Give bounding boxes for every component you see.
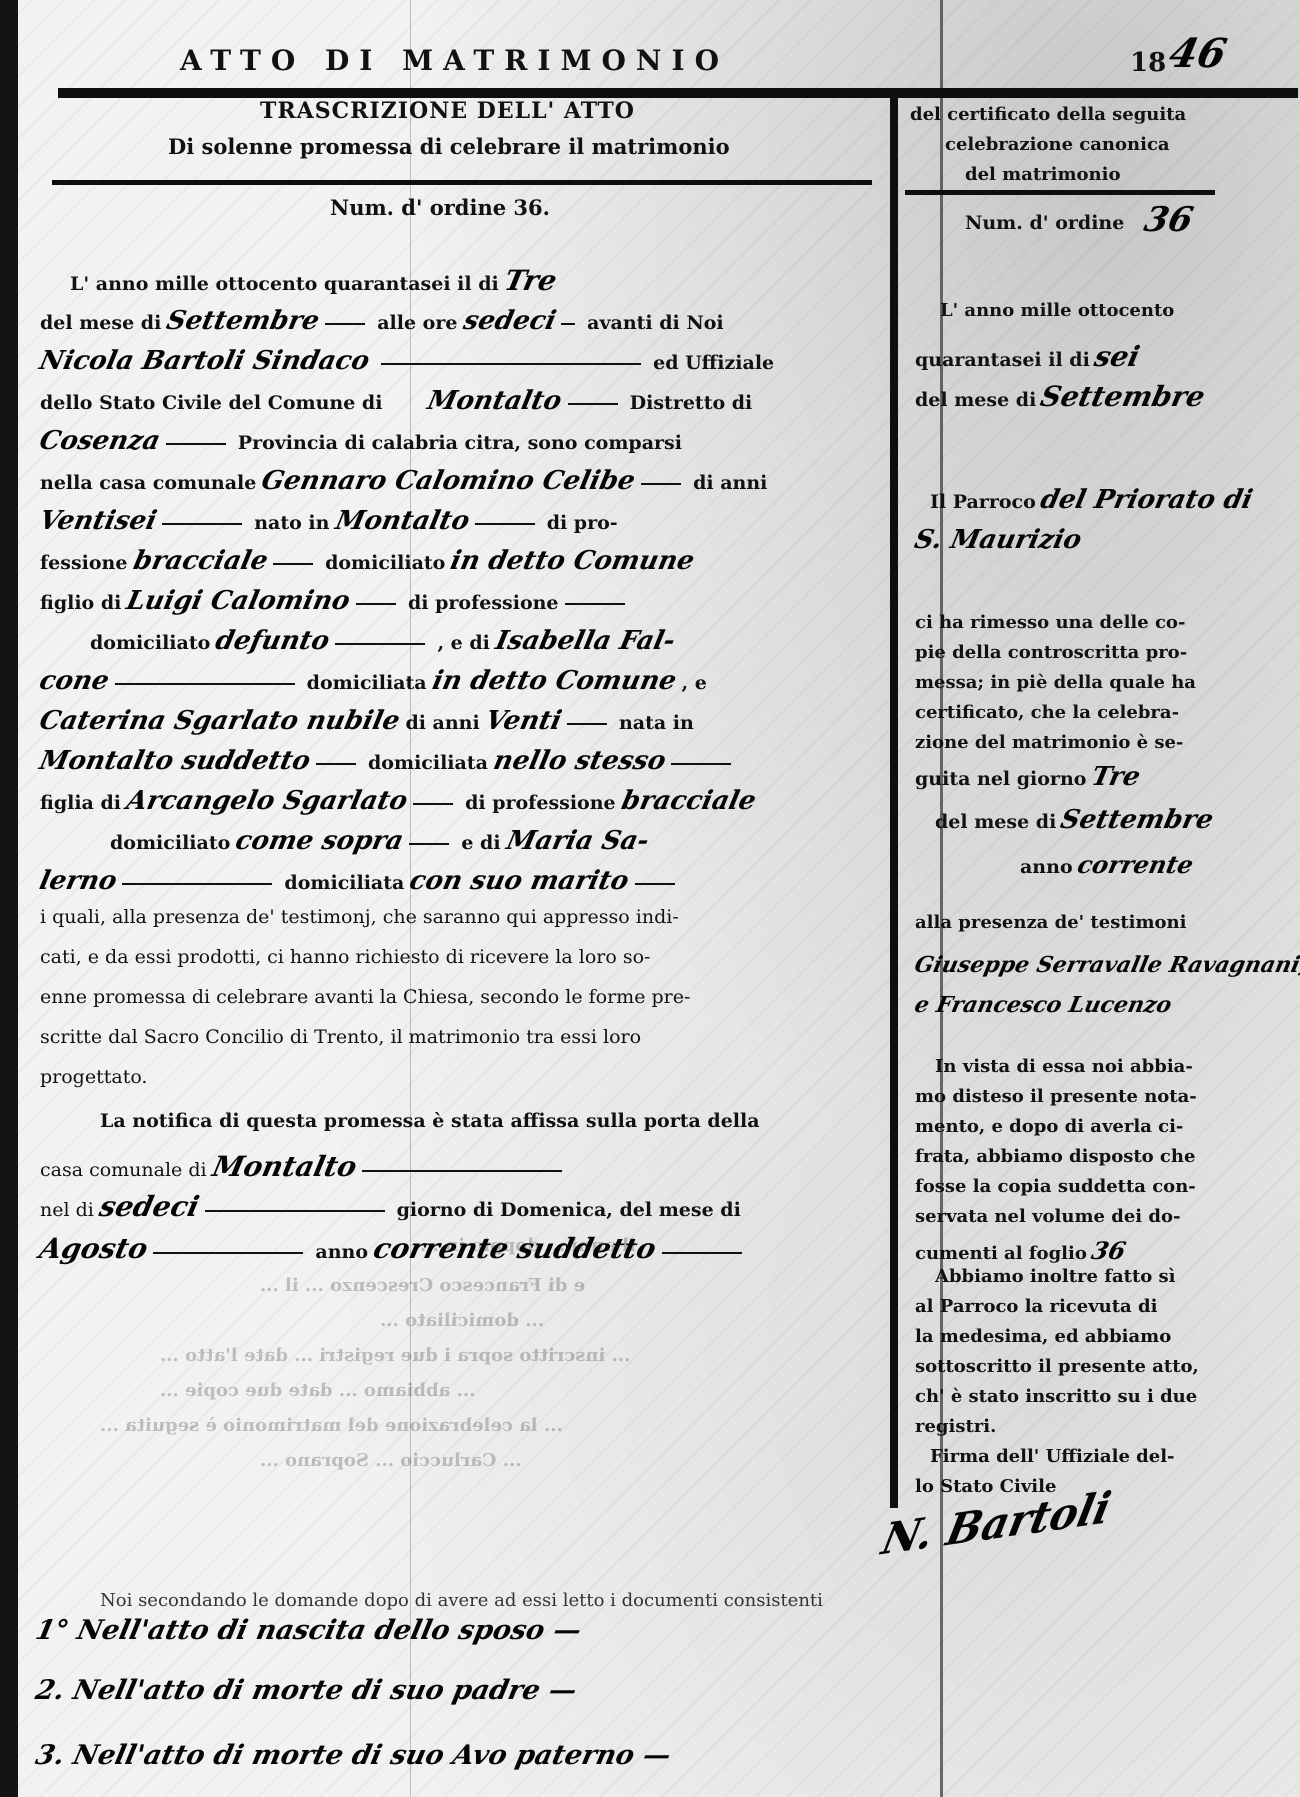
right-para-line: mento, e dopo di averla ci-	[915, 1116, 1183, 1137]
right-para-line: mo disteso il presente nota-	[915, 1086, 1197, 1107]
right-para-line: In vista di essa noi abbia-	[935, 1056, 1193, 1077]
printed-text: domiciliato	[90, 632, 210, 654]
handwritten-groom: Gennaro Calomino Celibe	[259, 466, 638, 496]
document-list-item-1: 1° Nell'atto di nascita dello sposo —	[33, 1615, 584, 1646]
printed-text: anno	[315, 1241, 368, 1263]
right-para-line: sottoscritto il presente atto,	[915, 1356, 1199, 1377]
handwritten-comune: Montalto	[425, 386, 565, 416]
scan-border	[0, 0, 18, 1797]
handwritten-bride-birthplace: Montalto suddetto	[37, 746, 313, 776]
left-ordine-label: Num. d' ordine	[330, 195, 506, 220]
bleed-through-text: ... domiciliato ...	[380, 1310, 544, 1331]
printed-text: quarantasei il di	[915, 349, 1090, 371]
handwritten-parish: del Priorato di	[1038, 485, 1256, 515]
handwritten-day: sei	[1091, 340, 1142, 373]
handwritten-day: Tre	[501, 264, 559, 297]
right-head-3: del matrimonio	[965, 164, 1120, 185]
handwritten-bride-father: Arcangelo Sgarlato	[124, 786, 410, 816]
printed-text: anno	[1020, 856, 1073, 878]
notice-line-2: casa comunale di Montalto	[40, 1150, 568, 1183]
handwritten-comune: Montalto	[209, 1150, 359, 1183]
handwritten-parish-name: S. Maurizio	[912, 525, 1084, 555]
printed-text: Provincia di calabria citra, sono compar…	[238, 432, 682, 454]
left-line-1: L' anno mille ottocento quarantasei il d…	[70, 264, 556, 297]
printed-text: alle ore	[377, 312, 457, 334]
printed-text: del mese di	[40, 312, 161, 334]
year-prefix: 18	[1130, 48, 1166, 78]
right-para-line: Abbiamo inoltre fatto sì	[935, 1266, 1176, 1287]
right-para-line: servata nel volume dei do-	[915, 1206, 1180, 1227]
printed-text: domiciliata	[307, 672, 427, 694]
left-line-16: lerno domiciliata con suo marito	[40, 866, 681, 896]
printed-text: , e	[682, 672, 707, 694]
bleed-through-text: e di Francesco Crescenzo ... il ...	[260, 1275, 585, 1296]
left-line-9: figlio di Luigi Calomino di professione	[40, 586, 631, 616]
left-line-8: fessione bracciale domiciliato in detto …	[40, 546, 694, 576]
left-line-11: cone domiciliata in detto Comune , e	[40, 666, 707, 696]
printed-text: dello Stato Civile del Comune di	[40, 392, 382, 414]
printed-text: nella casa comunale	[40, 472, 256, 494]
left-line-15: domiciliato come sopra e di Maria Sa-	[110, 826, 648, 856]
handwritten-hour: sedeci	[460, 306, 558, 336]
right-line-4: Il Parroco del Priorato di	[930, 485, 1252, 515]
handwritten-deceased: defunto	[213, 626, 332, 656]
left-line-3: Nicola Bartoli Sindaco ed Uffiziale	[40, 346, 774, 376]
right-ordine-value: 36	[1141, 200, 1197, 240]
handwritten-surname-cont: lerno	[37, 866, 120, 896]
printed-text: di anni	[693, 472, 767, 494]
printed-text: di anni	[405, 712, 479, 734]
handwritten-surname-cont: cone	[37, 666, 112, 696]
handwritten-witness-2: e Francesco Lucenzo	[912, 992, 1174, 1018]
handwritten-groom-mother: Isabella Fal-	[493, 626, 678, 656]
right-line-3: del mese di Settembre	[915, 380, 1205, 413]
handwritten-witness-1: Giuseppe Serravalle Ravagnani,	[912, 952, 1300, 978]
printed-text: domiciliato	[110, 832, 230, 854]
year-handwritten: 46	[1165, 30, 1231, 77]
left-ordine: Num. d' ordine 36.	[330, 195, 550, 220]
bleed-through-text: ... inscritto sopra i due registri ... d…	[160, 1345, 630, 1366]
right-mese-line: del mese di Settembre	[935, 805, 1213, 835]
printed-text: giorno di Domenica, del mese di	[397, 1199, 741, 1221]
right-foglio-line: cumenti al foglio 36	[915, 1236, 1125, 1265]
handwritten-month: Settembre	[164, 306, 322, 336]
left-line-12: Caterina Sgarlato nubile di anni Venti n…	[40, 706, 694, 736]
right-para-line: al Parroco la ricevuta di	[915, 1296, 1157, 1317]
right-ordine-label: Num. d' ordine	[965, 212, 1124, 234]
printed-text: domiciliata	[284, 872, 404, 894]
right-head-rule	[905, 190, 1215, 195]
right-para-line: messa; in piè della quale ha	[915, 672, 1196, 693]
handwritten-day: sedeci	[96, 1190, 202, 1223]
document-list-item-2: 2. Nell'atto di morte di suo padre —	[33, 1675, 580, 1706]
handwritten-domicile: in detto Comune	[448, 546, 697, 576]
left-line-6: nella casa comunale Gennaro Calomino Cel…	[40, 466, 767, 496]
handwritten-birthplace: Montalto	[332, 506, 472, 536]
right-para-line: ch' è stato inscritto su i due	[915, 1386, 1197, 1407]
bleed-through-text: ... la celebrazione del matrimonio è seg…	[100, 1415, 563, 1436]
right-giorno-line: guita nel giorno Tre	[915, 762, 1139, 792]
document-page: ATTO DI MATRIMONIO 18 46 TRASCRIZIONE DE…	[0, 0, 1300, 1797]
handwritten-month: Settembre	[1038, 380, 1209, 413]
printed-text: ed Uffiziale	[653, 352, 774, 374]
handwritten-domicile: come sopra	[233, 826, 406, 856]
handwritten-district: Cosenza	[37, 426, 163, 456]
right-para-line: la medesima, ed abbiamo	[915, 1326, 1171, 1347]
document-list-item-3: 3. Nell'atto di morte di suo Avo paterno…	[33, 1740, 674, 1771]
right-para-line: frata, abbiamo disposto che	[915, 1146, 1195, 1167]
printed-text: e di	[461, 832, 500, 854]
left-line-7: Ventisei nato in Montalto di pro-	[40, 506, 618, 536]
handwritten-groom-father: Luigi Calomino	[124, 586, 353, 616]
paragraph-line: i quali, alla presenza de' testimonj, ch…	[40, 906, 679, 928]
handwritten-profession: bracciale	[618, 786, 758, 816]
handwritten-folio: 36	[1089, 1236, 1129, 1265]
right-head-1: del certificato della seguita	[910, 104, 1186, 125]
printed-text: casa comunale di	[40, 1159, 207, 1181]
notice-line-3: nel di sedeci giorno di Domenica, del me…	[40, 1190, 741, 1223]
handwritten-officer: Nicola Bartoli Sindaco	[37, 346, 372, 376]
handwritten-groom-age: Ventisei	[37, 506, 160, 536]
paragraph-line: scritte dal Sacro Concilio di Trento, il…	[40, 1026, 641, 1048]
handwritten-day: Tre	[1088, 762, 1142, 792]
right-para-line: registri.	[915, 1416, 996, 1437]
document-title: ATTO DI MATRIMONIO	[180, 44, 729, 77]
printed-text: Il Parroco	[930, 491, 1036, 513]
left-line-10: domiciliato defunto , e di Isabella Fal-	[90, 626, 675, 656]
handwritten-bride: Caterina Sgarlato nubile	[37, 706, 403, 736]
right-para-line: zione del matrimonio è se-	[915, 732, 1183, 753]
right-line-1: L' anno mille ottocento	[940, 300, 1174, 321]
right-anno-line: anno corrente	[1020, 850, 1193, 879]
left-line-14: figlia di Arcangelo Sgarlato di professi…	[40, 786, 755, 816]
column-divider	[890, 88, 898, 1508]
handwritten-bride-age: Venti	[483, 706, 565, 736]
handwritten-profession: bracciale	[130, 546, 270, 576]
right-para-line: certificato, che la celebra-	[915, 702, 1179, 723]
top-rule	[58, 88, 1298, 98]
printed-text: L' anno mille ottocento quarantasei il d…	[70, 273, 499, 295]
printed-text: domiciliato	[325, 552, 445, 574]
paragraph-line: progettato.	[40, 1066, 147, 1088]
printed-text: del mese di	[915, 389, 1036, 411]
printed-text: nel di	[40, 1199, 94, 1221]
printed-text: di professione	[465, 792, 616, 814]
bottom-intro: Noi secondando le domande dopo di avere …	[100, 1590, 823, 1611]
bleed-through-text: il anni ... doppio in ...	[420, 1235, 636, 1256]
printed-text: di pro-	[547, 512, 618, 534]
handwritten-month: Settembre	[1058, 805, 1216, 835]
subtitle-rule	[52, 180, 872, 185]
printed-text: nata in	[619, 712, 694, 734]
firma-label-1: Firma dell' Uffiziale del-	[930, 1446, 1175, 1467]
notice-line-1: La notifica di questa promessa è stata a…	[100, 1110, 760, 1132]
printed-text: guita nel giorno	[915, 768, 1086, 790]
printed-text: Distretto di	[630, 392, 753, 414]
bleed-through-text: ... Carluccio ... Soprano ...	[260, 1450, 521, 1471]
left-ordine-value: 36.	[513, 195, 550, 220]
paragraph-line: cati, e da essi prodotti, ci hanno richi…	[40, 946, 650, 968]
paragraph-line: enne promessa di celebrare avanti la Chi…	[40, 986, 690, 1008]
left-line-5: Cosenza Provincia di calabria citra, son…	[40, 426, 682, 456]
printed-text: figlio di	[40, 592, 121, 614]
printed-text: figlia di	[40, 792, 121, 814]
printed-text: del mese di	[935, 811, 1056, 833]
left-line-4: dello Stato Civile del Comune di Montalt…	[40, 386, 752, 416]
left-line-2: del mese di Settembre alle ore sedeci av…	[40, 306, 724, 336]
right-para-line: ci ha rimesso una delle co-	[915, 612, 1185, 633]
handwritten-domicile: con suo marito	[407, 866, 632, 896]
handwritten-bride-mother: Maria Sa-	[503, 826, 651, 856]
handwritten-domicile: in detto Comune	[429, 666, 678, 696]
bleed-through-text: ... abbiamo ... date due copie ...	[160, 1380, 475, 1401]
testimoni-label: alla presenza de' testimoni	[915, 912, 1186, 933]
right-line-2: quarantasei il di sei	[915, 340, 1139, 373]
printed-text: , e di	[437, 632, 489, 654]
right-para-line: pie della controscritta pro-	[915, 642, 1187, 663]
handwritten-year: corrente	[1075, 850, 1196, 879]
right-head-2: celebrazione canonica	[945, 134, 1170, 155]
printed-text: nato in	[254, 512, 329, 534]
left-subtitle-1: TRASCRIZIONE DELL' ATTO	[260, 98, 635, 124]
printed-text: avanti di Noi	[587, 312, 723, 334]
right-para-line: fosse la copia suddetta con-	[915, 1176, 1196, 1197]
handwritten-domicile: nello stesso	[491, 746, 669, 776]
printed-text: domiciliata	[368, 752, 488, 774]
handwritten-month: Agosto	[36, 1232, 150, 1265]
notice-line-4: Agosto anno corrente suddetto	[40, 1232, 748, 1265]
left-subtitle-2: Di solenne promessa di celebrare il matr…	[168, 134, 730, 159]
printed-text: cumenti al foglio	[915, 1243, 1087, 1264]
left-line-13: Montalto suddetto domiciliata nello stes…	[40, 746, 737, 776]
printed-text: di professione	[408, 592, 559, 614]
printed-text: fessione	[40, 552, 127, 574]
